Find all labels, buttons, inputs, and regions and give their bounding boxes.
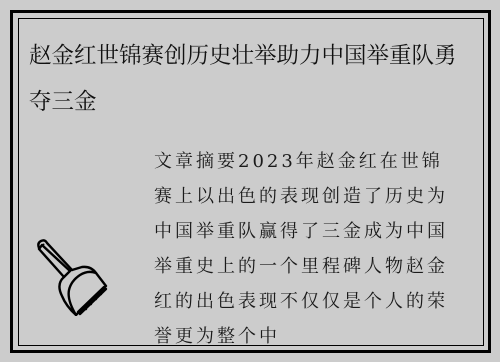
dustpan-icon [36, 236, 116, 316]
article-abstract: 文章摘要2023年赵金红在世锦赛上以出色的表现创造了历史为中国举重队赢得了三金成… [154, 144, 460, 354]
article-title: 赵金红世锦赛创历史壮举助力中国举重队勇夺三金 [29, 33, 477, 125]
